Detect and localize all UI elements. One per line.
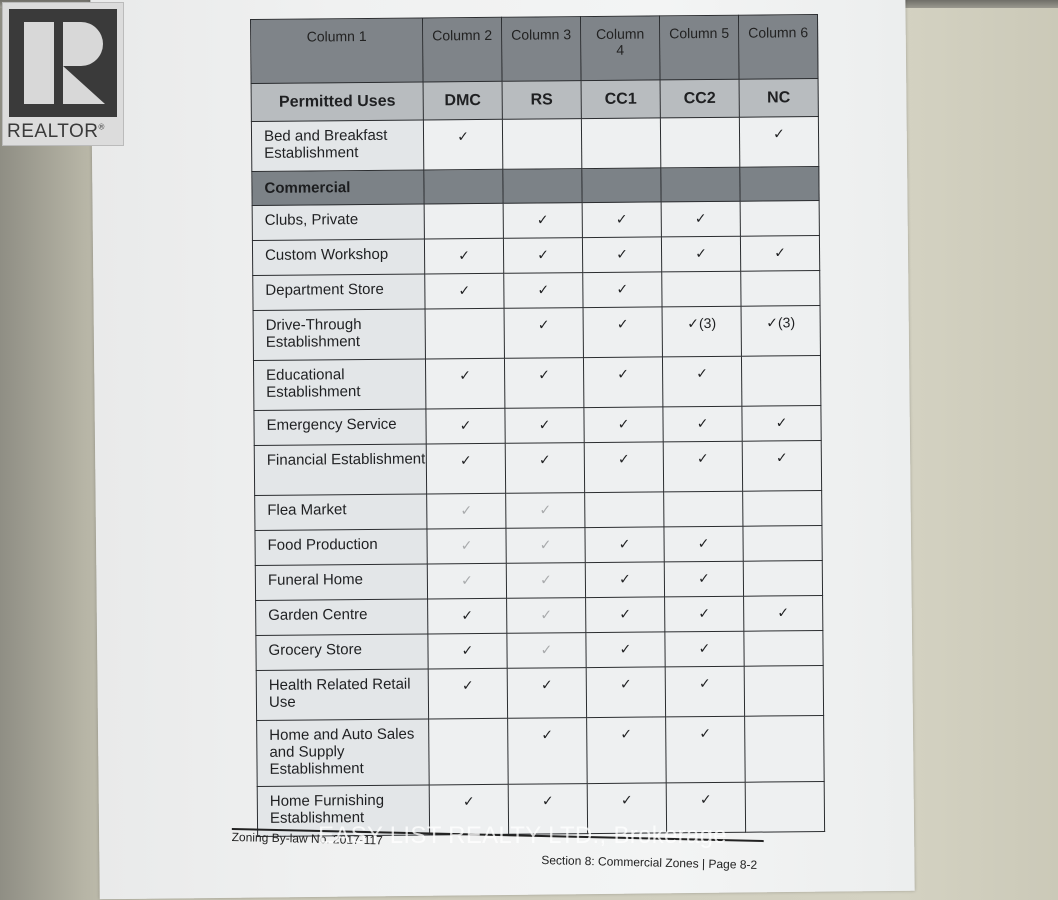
permitted-use-label: Custom Workshop (252, 239, 424, 275)
check-icon: ✓ (586, 632, 665, 668)
column-number-header: Column 2 (422, 17, 502, 82)
table-row: Home and Auto Sales and Supply Establish… (257, 716, 825, 787)
check-icon: ✓ (506, 563, 585, 599)
check-icon: ✓ (425, 273, 504, 309)
check-icon: ✓ (740, 236, 819, 272)
empty-cell (745, 782, 824, 833)
empty-cell (429, 718, 509, 785)
realtor-logo: REALTOR® (2, 2, 124, 146)
check-icon: ✓ (425, 358, 504, 409)
empty-cell (425, 308, 504, 359)
permitted-use-label: Drive-Through Establishment (253, 309, 425, 360)
check-icon: ✓ (504, 358, 583, 409)
check-icon: ✓ (506, 493, 585, 529)
check-icon: ✓ (505, 443, 584, 494)
empty-cell (502, 119, 581, 170)
table-row: Emergency Service✓✓✓✓✓ (254, 406, 821, 446)
check-icon: ✓ (744, 596, 823, 632)
zone-code-header: CC2 (660, 79, 739, 118)
permitted-use-label: Home and Auto Sales and Supply Establish… (257, 719, 430, 786)
empty-cell (740, 201, 819, 237)
footer-section: Section 8: Commercial Zones | Page 8-2 (541, 853, 757, 872)
table-row: Department Store✓✓✓ (253, 271, 820, 311)
check-icon: ✓ (503, 238, 582, 274)
section-row-commercial: Commercial (252, 167, 819, 206)
column-number-header: Column 6 (738, 15, 818, 80)
check-icon: ✓ (664, 526, 743, 562)
section-cell (661, 167, 740, 202)
empty-cell (741, 356, 820, 407)
realtor-r-icon (9, 9, 117, 117)
zone-code-header: DMC (423, 81, 502, 120)
empty-cell (664, 491, 743, 527)
check-icon: ✓ (424, 238, 503, 274)
check-icon: ✓ (427, 528, 506, 564)
table-row: Grocery Store✓✓✓✓ (256, 631, 823, 671)
check-icon: ✓ (506, 528, 585, 564)
check-icon: ✓ (585, 562, 664, 598)
check-icon: ✓(3) (741, 306, 820, 357)
section-cell (424, 169, 503, 204)
table-row: Educational Establishment✓✓✓✓ (253, 356, 820, 411)
check-icon: ✓ (665, 631, 744, 667)
table-row: Garden Centre✓✓✓✓✓ (256, 596, 823, 636)
permitted-use-label: Financial Establishment (254, 444, 426, 495)
permitted-use-label: Clubs, Private (252, 204, 424, 240)
column-number-header: Column 4 (580, 16, 660, 81)
check-icon: ✓ (587, 717, 667, 784)
check-icon: ✓ (582, 237, 661, 273)
permitted-use-label: Educational Establishment (253, 359, 425, 410)
check-icon: ✓ (586, 597, 665, 633)
brokerage-watermark: EASY LIST REALTY LTD., Brokerage (318, 822, 727, 850)
permitted-use-label: Grocery Store (256, 634, 428, 670)
empty-cell (585, 492, 664, 528)
table-row: Clubs, Private✓✓✓ (252, 201, 819, 241)
section-label: Commercial (252, 170, 424, 205)
permitted-uses-header: Permitted Uses (251, 82, 423, 121)
check-icon: ✓ (583, 272, 662, 308)
table-row: Bed and Breakfast Establishment✓✓ (251, 117, 818, 172)
zone-code-header: RS (502, 81, 581, 120)
check-icon: ✓ (662, 356, 741, 407)
permitted-use-label: Bed and Breakfast Establishment (251, 120, 423, 171)
column-number-header: Column 5 (659, 15, 739, 80)
check-icon: ✓ (426, 443, 505, 494)
table-row: Flea Market✓✓ (255, 491, 822, 531)
table-row: Financial Establishment✓✓✓✓✓ (254, 441, 821, 496)
permitted-use-label: Emergency Service (254, 409, 426, 445)
permitted-use-label: Funeral Home (255, 564, 427, 600)
check-icon: ✓ (583, 307, 662, 358)
check-icon: ✓ (507, 668, 586, 719)
check-icon: ✓ (428, 598, 507, 634)
check-icon: ✓ (742, 406, 821, 442)
check-icon: ✓ (665, 666, 744, 717)
permitted-use-label: Flea Market (255, 494, 427, 530)
check-icon: ✓ (663, 406, 742, 442)
empty-cell (744, 666, 823, 717)
section-cell (503, 169, 582, 204)
empty-cell (741, 271, 820, 307)
check-icon: ✓ (427, 563, 506, 599)
column-number-row: Column 1Column 2Column 3Column 4Column 5… (251, 15, 819, 84)
check-icon: ✓ (503, 203, 582, 239)
permitted-use-label: Garden Centre (256, 599, 428, 635)
empty-cell (424, 203, 503, 239)
empty-cell (745, 716, 825, 783)
check-icon: ✓(3) (662, 306, 741, 357)
check-icon: ✓ (504, 273, 583, 309)
table-row: Drive-Through Establishment✓✓✓(3)✓(3) (253, 306, 820, 361)
check-icon: ✓ (586, 667, 665, 718)
table-row: Custom Workshop✓✓✓✓✓ (252, 236, 819, 276)
check-icon: ✓ (426, 408, 505, 444)
zone-code-header: CC1 (581, 80, 660, 119)
zone-code-header: NC (739, 79, 818, 118)
check-icon: ✓ (583, 357, 662, 408)
table-row: Food Production✓✓✓✓ (255, 526, 822, 566)
table-row: Funeral Home✓✓✓✓ (255, 561, 822, 601)
check-icon: ✓ (423, 119, 502, 170)
check-icon: ✓ (427, 493, 506, 529)
check-icon: ✓ (739, 117, 818, 168)
check-icon: ✓ (666, 716, 746, 783)
check-icon: ✓ (428, 633, 507, 669)
check-icon: ✓ (661, 201, 740, 237)
check-icon: ✓ (584, 407, 663, 443)
empty-cell (744, 631, 823, 667)
check-icon: ✓ (665, 596, 744, 632)
check-icon: ✓ (664, 561, 743, 597)
check-icon: ✓ (582, 202, 661, 238)
permitted-use-label: Health Related Retail Use (256, 669, 428, 720)
column-number-header: Column 1 (251, 18, 424, 83)
check-icon: ✓ (585, 527, 664, 563)
zone-header-row: Permitted UsesDMCRSCC1CC2NC (251, 79, 818, 122)
permitted-use-label: Food Production (255, 529, 427, 565)
check-icon: ✓ (663, 441, 742, 492)
realtor-wordmark: REALTOR® (7, 121, 105, 143)
empty-cell (662, 271, 741, 307)
check-icon: ✓ (428, 668, 507, 719)
section-cell (582, 168, 661, 203)
empty-cell (581, 118, 660, 169)
check-icon: ✓ (742, 441, 821, 492)
section-cell (740, 167, 819, 202)
check-icon: ✓ (661, 236, 740, 272)
permitted-use-label: Department Store (253, 274, 425, 310)
empty-cell (743, 491, 822, 527)
check-icon: ✓ (505, 408, 584, 444)
empty-cell (660, 117, 739, 168)
check-icon: ✓ (504, 308, 583, 359)
zoning-table: Column 1Column 2Column 3Column 4Column 5… (250, 14, 825, 837)
check-icon: ✓ (507, 633, 586, 669)
table-row: Health Related Retail Use✓✓✓✓ (256, 666, 823, 721)
empty-cell (743, 526, 822, 562)
check-icon: ✓ (508, 718, 588, 785)
check-icon: ✓ (507, 598, 586, 634)
column-number-header: Column 3 (501, 17, 581, 82)
check-icon: ✓ (584, 442, 663, 493)
empty-cell (743, 561, 822, 597)
